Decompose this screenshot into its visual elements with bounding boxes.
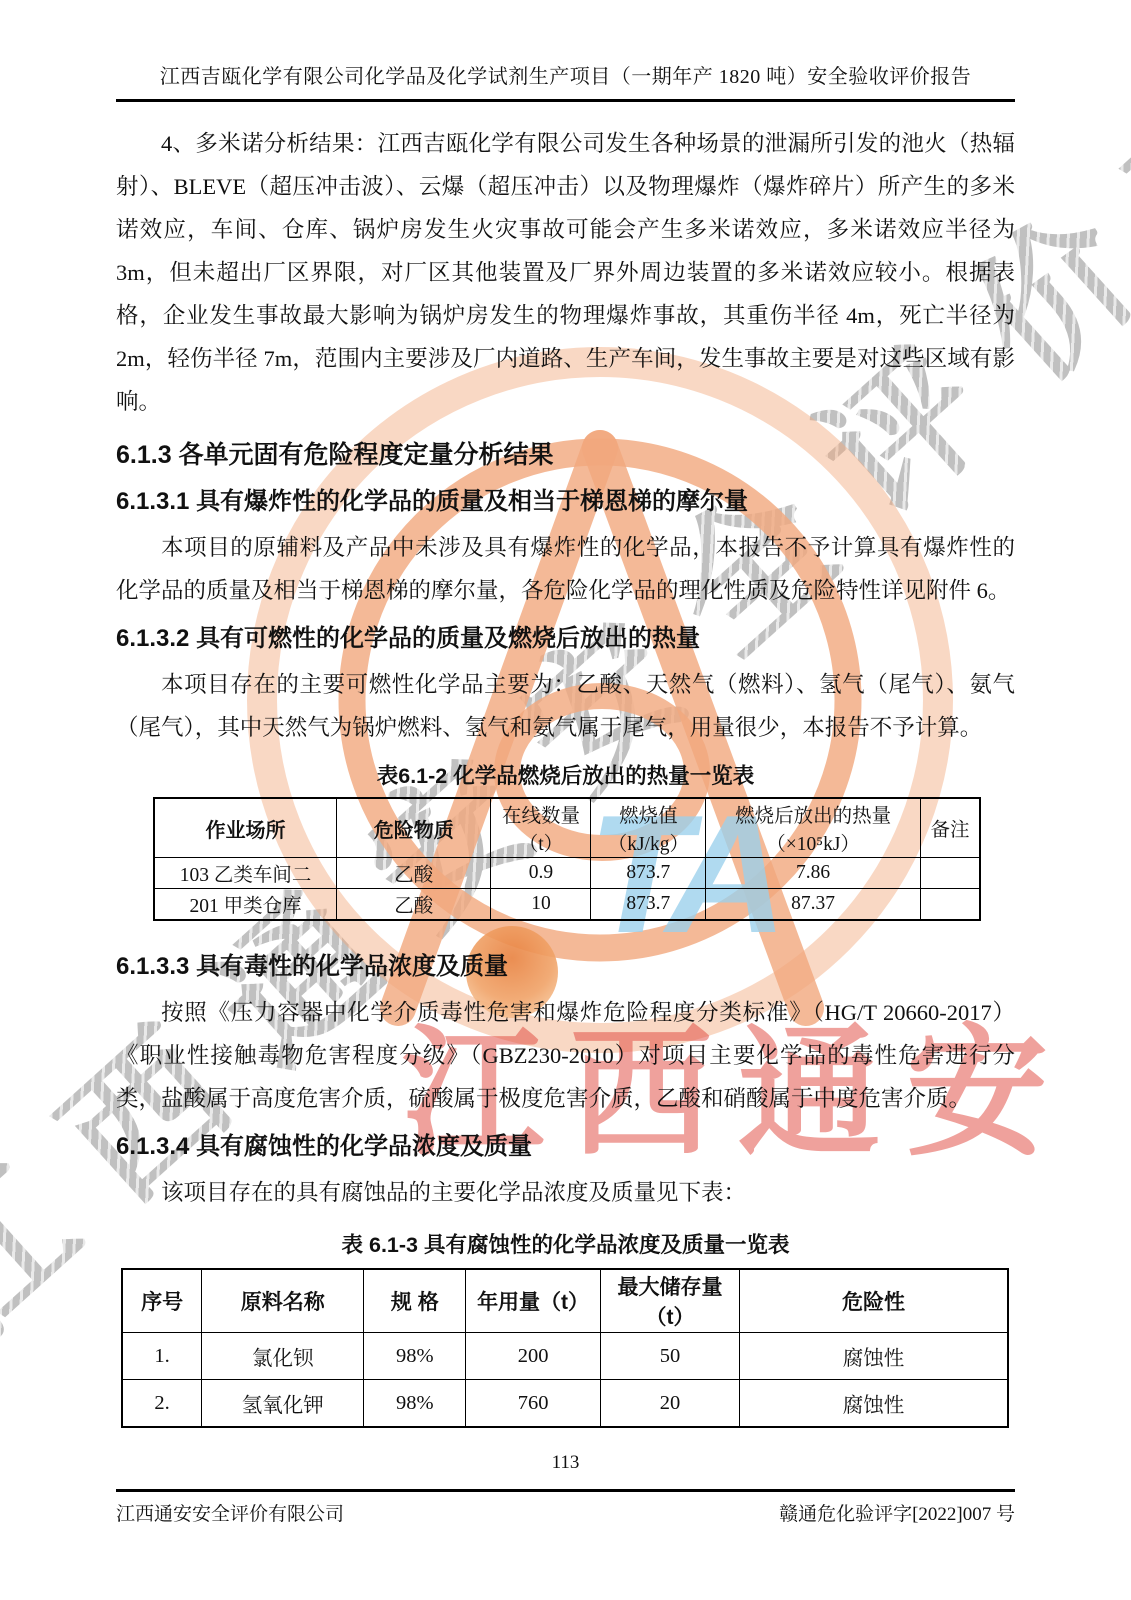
- table-cell: 氢氧化钾: [202, 1380, 364, 1428]
- heading-6-1-3-1: 6.1.3.1 具有爆炸性的化学品的质量及相当于梯恩梯的摩尔量: [116, 482, 1015, 522]
- column-header: 危险性: [740, 1269, 1009, 1333]
- table-cell: 乙酸: [337, 889, 491, 921]
- table-cell: [920, 889, 980, 921]
- column-header: 最大储存量（t）: [600, 1269, 739, 1333]
- table-cell: 1.: [122, 1333, 202, 1380]
- table-cell: 200: [466, 1333, 601, 1380]
- table-cell: 873.7: [591, 889, 706, 921]
- paragraph-6-1-3-2: 本项目存在的主要可燃性化学品主要为：乙酸、天然气（燃料）、氢气（尾气）、氨气（尾…: [116, 663, 1015, 749]
- column-header: 原料名称: [202, 1269, 364, 1333]
- column-header: 序号: [122, 1269, 202, 1333]
- table-cell: 腐蚀性: [740, 1380, 1009, 1428]
- table-caption-6-1-3: 表 6.1-3 具有腐蚀性的化学品浓度及质量一览表: [116, 1230, 1015, 1260]
- table-row: 201 甲类仓库乙酸10873.787.37: [154, 889, 980, 921]
- table-cell: 201 甲类仓库: [154, 889, 337, 921]
- table-cell: 0.9: [491, 858, 591, 889]
- table-cell: 873.7: [591, 858, 706, 889]
- table-6-1-3-corrosive-chemicals: 序号原料名称规 格年用量（t）最大储存量（t）危险性 1.氯化钡98%20050…: [121, 1268, 1009, 1428]
- table-row: 103 乙类车间二乙酸0.9873.77.86: [154, 858, 980, 889]
- page-number: 113: [0, 1452, 1131, 1474]
- paragraph-domino-analysis: 4、多米诺分析结果：江西吉瓯化学有限公司发生各种场景的泄漏所引发的池火（热辐射）…: [116, 122, 1015, 423]
- column-header: 作业场所: [154, 798, 337, 858]
- column-header: 规 格: [364, 1269, 466, 1333]
- table-cell: [920, 858, 980, 889]
- document-page: 江西通安安全评价有限公司 TA 江西通安 江西吉瓯化学有限公司化学: [0, 0, 1131, 1600]
- heading-6-1-3-3: 6.1.3.3 具有毒性的化学品浓度及质量: [116, 947, 1015, 987]
- column-header: 燃烧后放出的热量（×10⁵kJ）: [706, 798, 921, 858]
- footer-company-name: 江西通安安全评价有限公司: [116, 1499, 344, 1526]
- table-header-row: 作业场所危险物质在线数量（t）燃烧值（kJ/kg）燃烧后放出的热量（×10⁵kJ…: [154, 798, 980, 858]
- heading-6-1-3: 6.1.3 各单元固有危险程度定量分析结果: [116, 435, 1015, 475]
- table-cell: 2.: [122, 1380, 202, 1428]
- paragraph-6-1-3-4: 该项目存在的具有腐蚀品的主要化学品浓度及质量见下表：: [116, 1171, 1015, 1214]
- table-cell: 7.86: [706, 858, 921, 889]
- paragraph-6-1-3-1: 本项目的原辅料及产品中未涉及具有爆炸性的化学品，本报告不予计算具有爆炸性的化学品…: [116, 526, 1015, 612]
- table-row: 1.氯化钡98%20050腐蚀性: [122, 1333, 1008, 1380]
- table-cell: 50: [600, 1333, 739, 1380]
- column-header: 备注: [920, 798, 980, 858]
- table-cell: 87.37: [706, 889, 921, 921]
- footer-document-number: 赣通危化验评字[2022]007 号: [779, 1499, 1015, 1526]
- table-cell: 10: [491, 889, 591, 921]
- table-cell: 乙酸: [337, 858, 491, 889]
- column-header: 危险物质: [337, 798, 491, 858]
- heading-6-1-3-4: 6.1.3.4 具有腐蚀性的化学品浓度及质量: [116, 1127, 1015, 1167]
- table-header-row: 序号原料名称规 格年用量（t）最大储存量（t）危险性: [122, 1269, 1008, 1333]
- page-content: 江西吉瓯化学有限公司化学品及化学试剂生产项目（一期年产 1820 吨）安全验收评…: [0, 0, 1131, 1428]
- table-cell: 腐蚀性: [740, 1333, 1009, 1380]
- column-header: 年用量（t）: [466, 1269, 601, 1333]
- heading-6-1-3-2: 6.1.3.2 具有可燃性的化学品的质量及燃烧后放出的热量: [116, 619, 1015, 659]
- table-cell: 760: [466, 1380, 601, 1428]
- page-footer: 江西通安安全评价有限公司 赣通危化验评字[2022]007 号: [116, 1489, 1015, 1526]
- column-header: 在线数量（t）: [491, 798, 591, 858]
- report-header-title: 江西吉瓯化学有限公司化学品及化学试剂生产项目（一期年产 1820 吨）安全验收评…: [116, 0, 1015, 102]
- column-header: 燃烧值（kJ/kg）: [591, 798, 706, 858]
- paragraph-6-1-3-3: 按照《压力容器中化学介质毒性危害和爆炸危险程度分类标准》（HG/T 20660-…: [116, 991, 1015, 1120]
- table-cell: 氯化钡: [202, 1333, 364, 1380]
- table-caption-6-1-2: 表6.1-2 化学品燃烧后放出的热量一览表: [116, 761, 1015, 791]
- table-row: 2.氢氧化钾98%76020腐蚀性: [122, 1380, 1008, 1428]
- table-cell: 98%: [364, 1333, 466, 1380]
- table-6-1-2-heat-released: 作业场所危险物质在线数量（t）燃烧值（kJ/kg）燃烧后放出的热量（×10⁵kJ…: [153, 797, 981, 921]
- table-cell: 103 乙类车间二: [154, 858, 337, 889]
- table-cell: 20: [600, 1380, 739, 1428]
- table-cell: 98%: [364, 1380, 466, 1428]
